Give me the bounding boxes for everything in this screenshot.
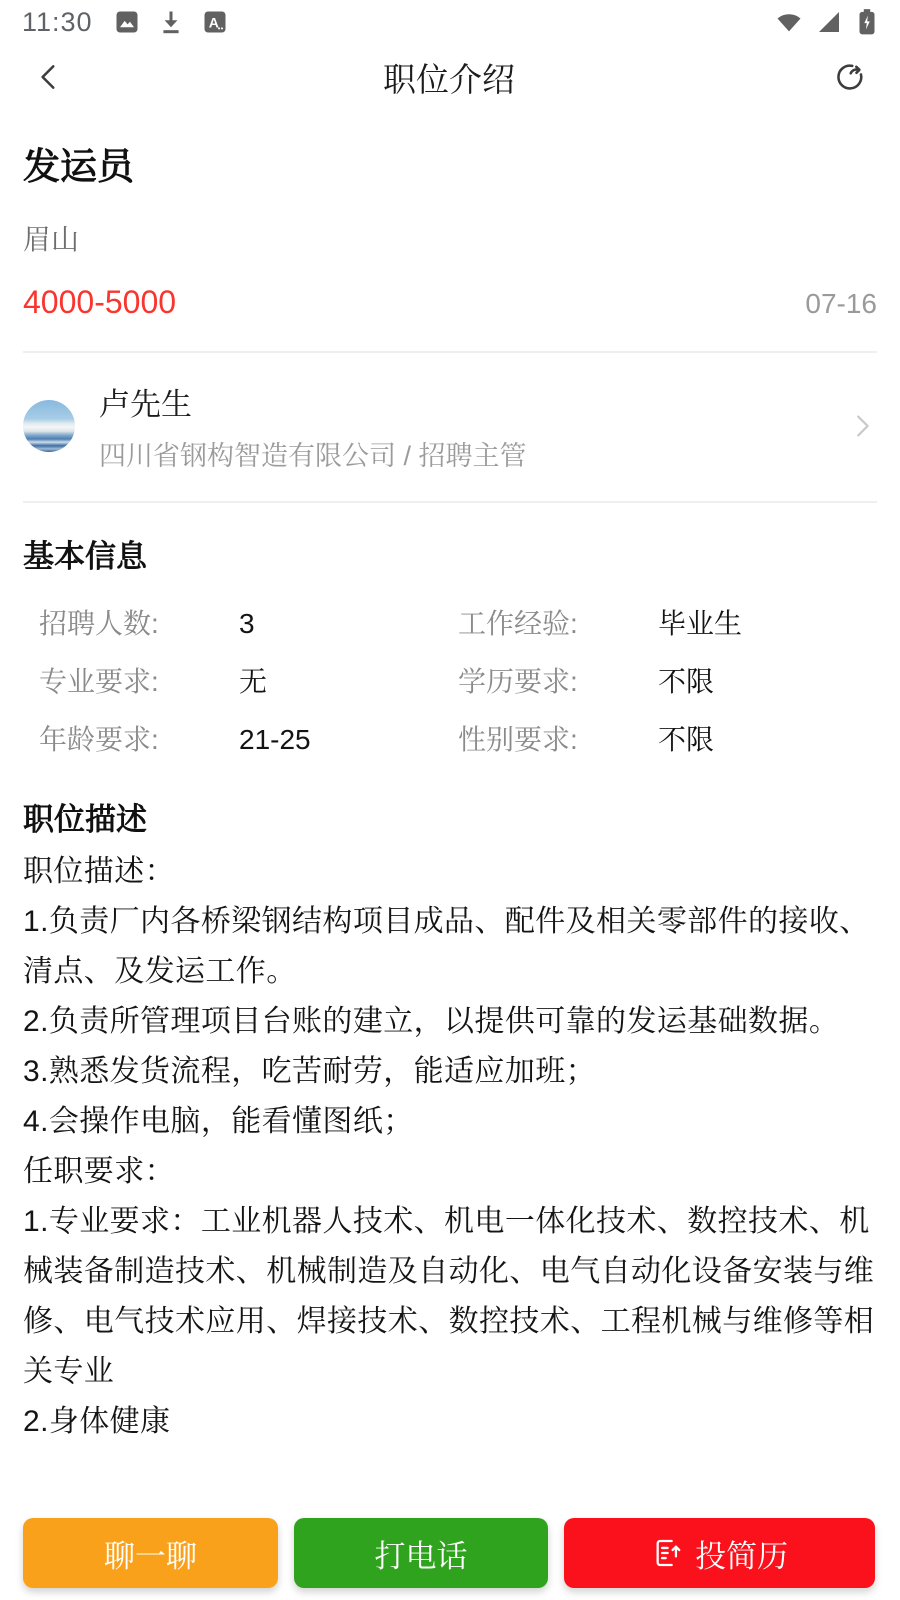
info-label: 工作经验: [458,602,658,642]
status-bar: 11:30 A [0,0,900,38]
call-button-label: 打电话 [374,1531,467,1576]
salary-row: 4000-5000 07-16 [23,284,877,321]
info-value: 3 [239,608,255,640]
wifi-icon [774,7,804,37]
apply-button-label: 投简历 [695,1531,788,1576]
info-label: 性别要求: [458,718,658,758]
info-label: 招聘人数: [39,602,239,642]
recruiter-avatar [23,400,75,452]
job-post-date: 07-16 [805,288,877,320]
download-notification-icon [157,8,185,36]
call-button[interactable]: 打电话 [294,1518,549,1588]
apply-resume-button[interactable]: 投简历 [564,1518,875,1588]
job-title: 发运员 [23,136,877,190]
letter-a-notification-icon: A [201,8,229,36]
info-label: 年龄要求: [39,718,239,758]
resume-upload-icon [651,1537,683,1569]
header: 职位介绍 [0,44,900,110]
description-paragraph: 2.负责所管理项目台账的建立，以提供可靠的发运基础数据。 [23,997,877,1047]
basic-info-grid: 招聘人数: 3 工作经验: 毕业生 专业要求: 无 学历要求: 不限 年龄要求:… [23,602,877,758]
share-refresh-icon [832,59,868,95]
svg-text:A: A [208,14,218,30]
recruiter-texts: 卢先生 四川省钢构智造有限公司 / 招聘主管 [99,379,847,473]
info-value: 无 [239,660,267,700]
share-button[interactable] [828,55,872,99]
info-label: 专业要求: [39,660,239,700]
chevron-right-icon [847,409,877,443]
job-summary: 发运员 眉山 4000-5000 07-16 [0,136,900,321]
description-paragraph: 3.熟悉发货流程，吃苦耐劳，能适应加班； [23,1047,877,1097]
image-notification-icon [113,8,141,36]
chat-button-label: 聊一聊 [104,1531,197,1576]
back-button[interactable] [28,56,70,98]
recruiter-company: 四川省钢构智造有限公司 / 招聘主管 [99,434,847,473]
description-paragraph: 1.负责厂内各桥梁钢结构项目成品、配件及相关零部件的接收、清点、及发运工作。 [23,897,877,997]
info-value: 21-25 [239,724,311,756]
info-item-headcount: 招聘人数: 3 [39,602,458,642]
description-paragraph: 任职要求： [23,1147,877,1197]
divider [23,501,877,503]
basic-info-section: 基本信息 招聘人数: 3 工作经验: 毕业生 专业要求: 无 学历要求: 不限 … [0,531,900,758]
description-paragraph: 4.会操作电脑，能看懂图纸； [23,1097,877,1147]
info-item-experience: 工作经验: 毕业生 [458,602,877,642]
chat-button[interactable]: 聊一聊 [23,1518,278,1588]
recruiter-name: 卢先生 [99,379,847,424]
info-item-education: 学历要求: 不限 [458,660,877,700]
description-paragraph: 2.身体健康 [23,1397,877,1447]
clock: 11:30 [22,7,93,38]
chevron-left-icon [32,60,66,94]
info-item-gender: 性别要求: 不限 [458,718,877,758]
info-item-major: 专业要求: 无 [39,660,458,700]
description-section: 职位描述 职位描述： 1.负责厂内各桥梁钢结构项目成品、配件及相关零部件的接收、… [0,794,900,1447]
description-paragraph: 1.专业要求：工业机器人技术、机电一体化技术、数控技术、机械装备制造技术、机械制… [23,1197,877,1397]
description-title: 职位描述 [23,794,877,839]
page-title: 职位介绍 [70,54,828,101]
job-city: 眉山 [23,218,877,258]
description-paragraph: 职位描述： [23,847,877,897]
basic-info-title: 基本信息 [23,531,877,576]
description-body: 职位描述： 1.负责厂内各桥梁钢结构项目成品、配件及相关零部件的接收、清点、及发… [23,847,877,1447]
info-label: 学历要求: [458,660,658,700]
bottom-action-bar: 聊一聊 打电话 投简历 [23,1518,875,1588]
signal-icon [814,7,844,37]
battery-charging-icon [854,7,880,37]
info-value: 毕业生 [658,602,742,642]
info-item-age: 年龄要求: 21-25 [39,718,458,758]
info-value: 不限 [658,660,714,700]
recruiter-card[interactable]: 卢先生 四川省钢构智造有限公司 / 招聘主管 [0,353,900,501]
info-value: 不限 [658,718,714,758]
job-salary: 4000-5000 [23,284,176,321]
